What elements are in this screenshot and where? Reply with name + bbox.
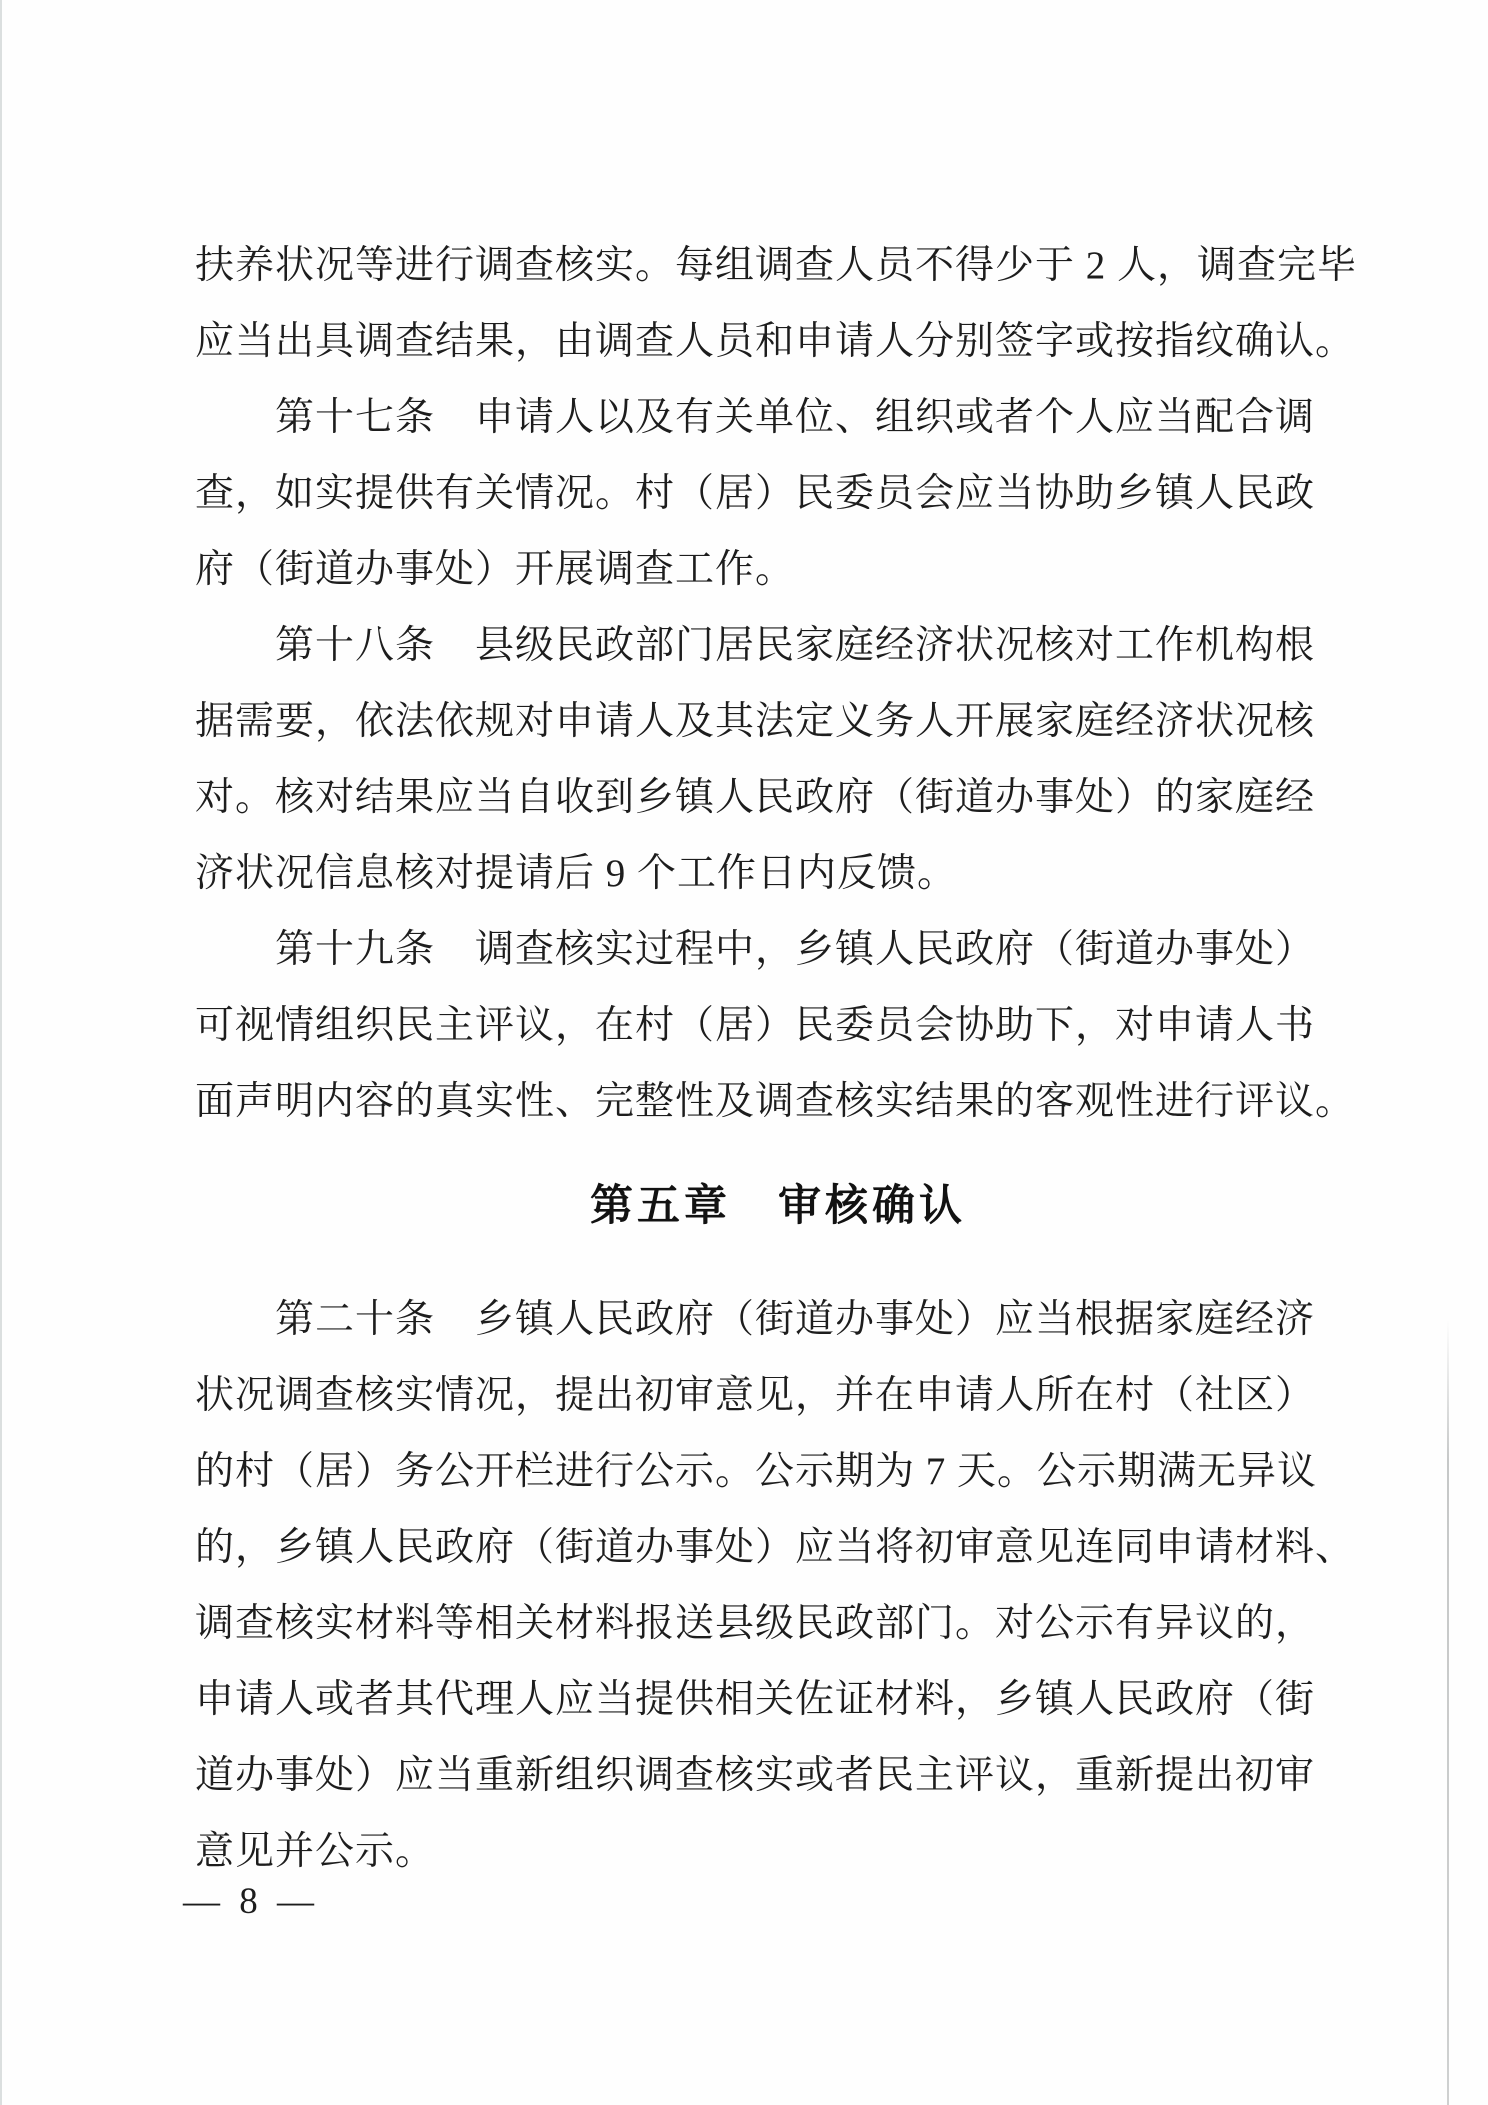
- text-line: 可视情组织民主评议，在村（居）民委员会协助下，对申请人书: [195, 988, 1361, 1064]
- scan-streak-artifact: [1447, 1320, 1449, 2105]
- text-line: 第十九条 调查核实过程中，乡镇人民政府（街道办事处）: [195, 912, 1361, 988]
- text-line: 调查核实材料等相关材料报送县级民政部门。对公示有异议的，: [195, 1586, 1361, 1662]
- text-line: 意见并公示。: [195, 1814, 1361, 1890]
- scan-edge-artifact: [0, 0, 2, 2105]
- text-line: 申请人或者其代理人应当提供相关佐证材料，乡镇人民政府（街: [195, 1662, 1361, 1738]
- text-line: 对。核对结果应当自收到乡镇人民政府（街道办事处）的家庭经: [195, 760, 1361, 836]
- text-line: 第二十条 乡镇人民政府（街道办事处）应当根据家庭经济: [195, 1282, 1361, 1358]
- text-line: 道办事处）应当重新组织调查核实或者民主评议，重新提出初审: [195, 1738, 1361, 1814]
- page-number: — 8 —: [183, 1879, 319, 1925]
- text-line: 的，乡镇人民政府（街道办事处）应当将初审意见连同申请材料、: [195, 1510, 1361, 1586]
- text-line: 的村（居）务公开栏进行公示。公示期为 7 天。公示期满无异议: [195, 1434, 1361, 1510]
- text-line: 济状况信息核对提请后 9 个工作日内反馈。: [195, 836, 1361, 912]
- document-page: 扶养状况等进行调查核实。每组调查人员不得少于 2 人，调查完毕应当出具调查结果，…: [0, 0, 1488, 2105]
- page-body: 扶养状况等进行调查核实。每组调查人员不得少于 2 人，调查完毕应当出具调查结果，…: [195, 228, 1361, 1890]
- text-line: 第十八条 县级民政部门居民家庭经济状况核对工作机构根: [195, 608, 1361, 684]
- text-line: 应当出具调查结果，由调查人员和申请人分别签字或按指纹确认。: [195, 304, 1361, 380]
- chapter-heading: 第五章 审核确认: [195, 1168, 1361, 1244]
- text-line: 面声明内容的真实性、完整性及调查核实结果的客观性进行评议。: [195, 1064, 1361, 1140]
- text-block-article-20: 第二十条 乡镇人民政府（街道办事处）应当根据家庭经济状况调查核实情况，提出初审意…: [195, 1282, 1361, 1890]
- text-line: 查，如实提供有关情况。村（居）民委员会应当协助乡镇人民政: [195, 456, 1361, 532]
- text-block-articles-16-19: 扶养状况等进行调查核实。每组调查人员不得少于 2 人，调查完毕应当出具调查结果，…: [195, 228, 1361, 1140]
- text-line: 状况调查核实情况，提出初审意见，并在申请人所在村（社区）: [195, 1358, 1361, 1434]
- text-line: 扶养状况等进行调查核实。每组调查人员不得少于 2 人，调查完毕: [195, 228, 1361, 304]
- text-line: 据需要，依法依规对申请人及其法定义务人开展家庭经济状况核: [195, 684, 1361, 760]
- text-line: 第十七条 申请人以及有关单位、组织或者个人应当配合调: [195, 380, 1361, 456]
- text-line: 府（街道办事处）开展调查工作。: [195, 532, 1361, 608]
